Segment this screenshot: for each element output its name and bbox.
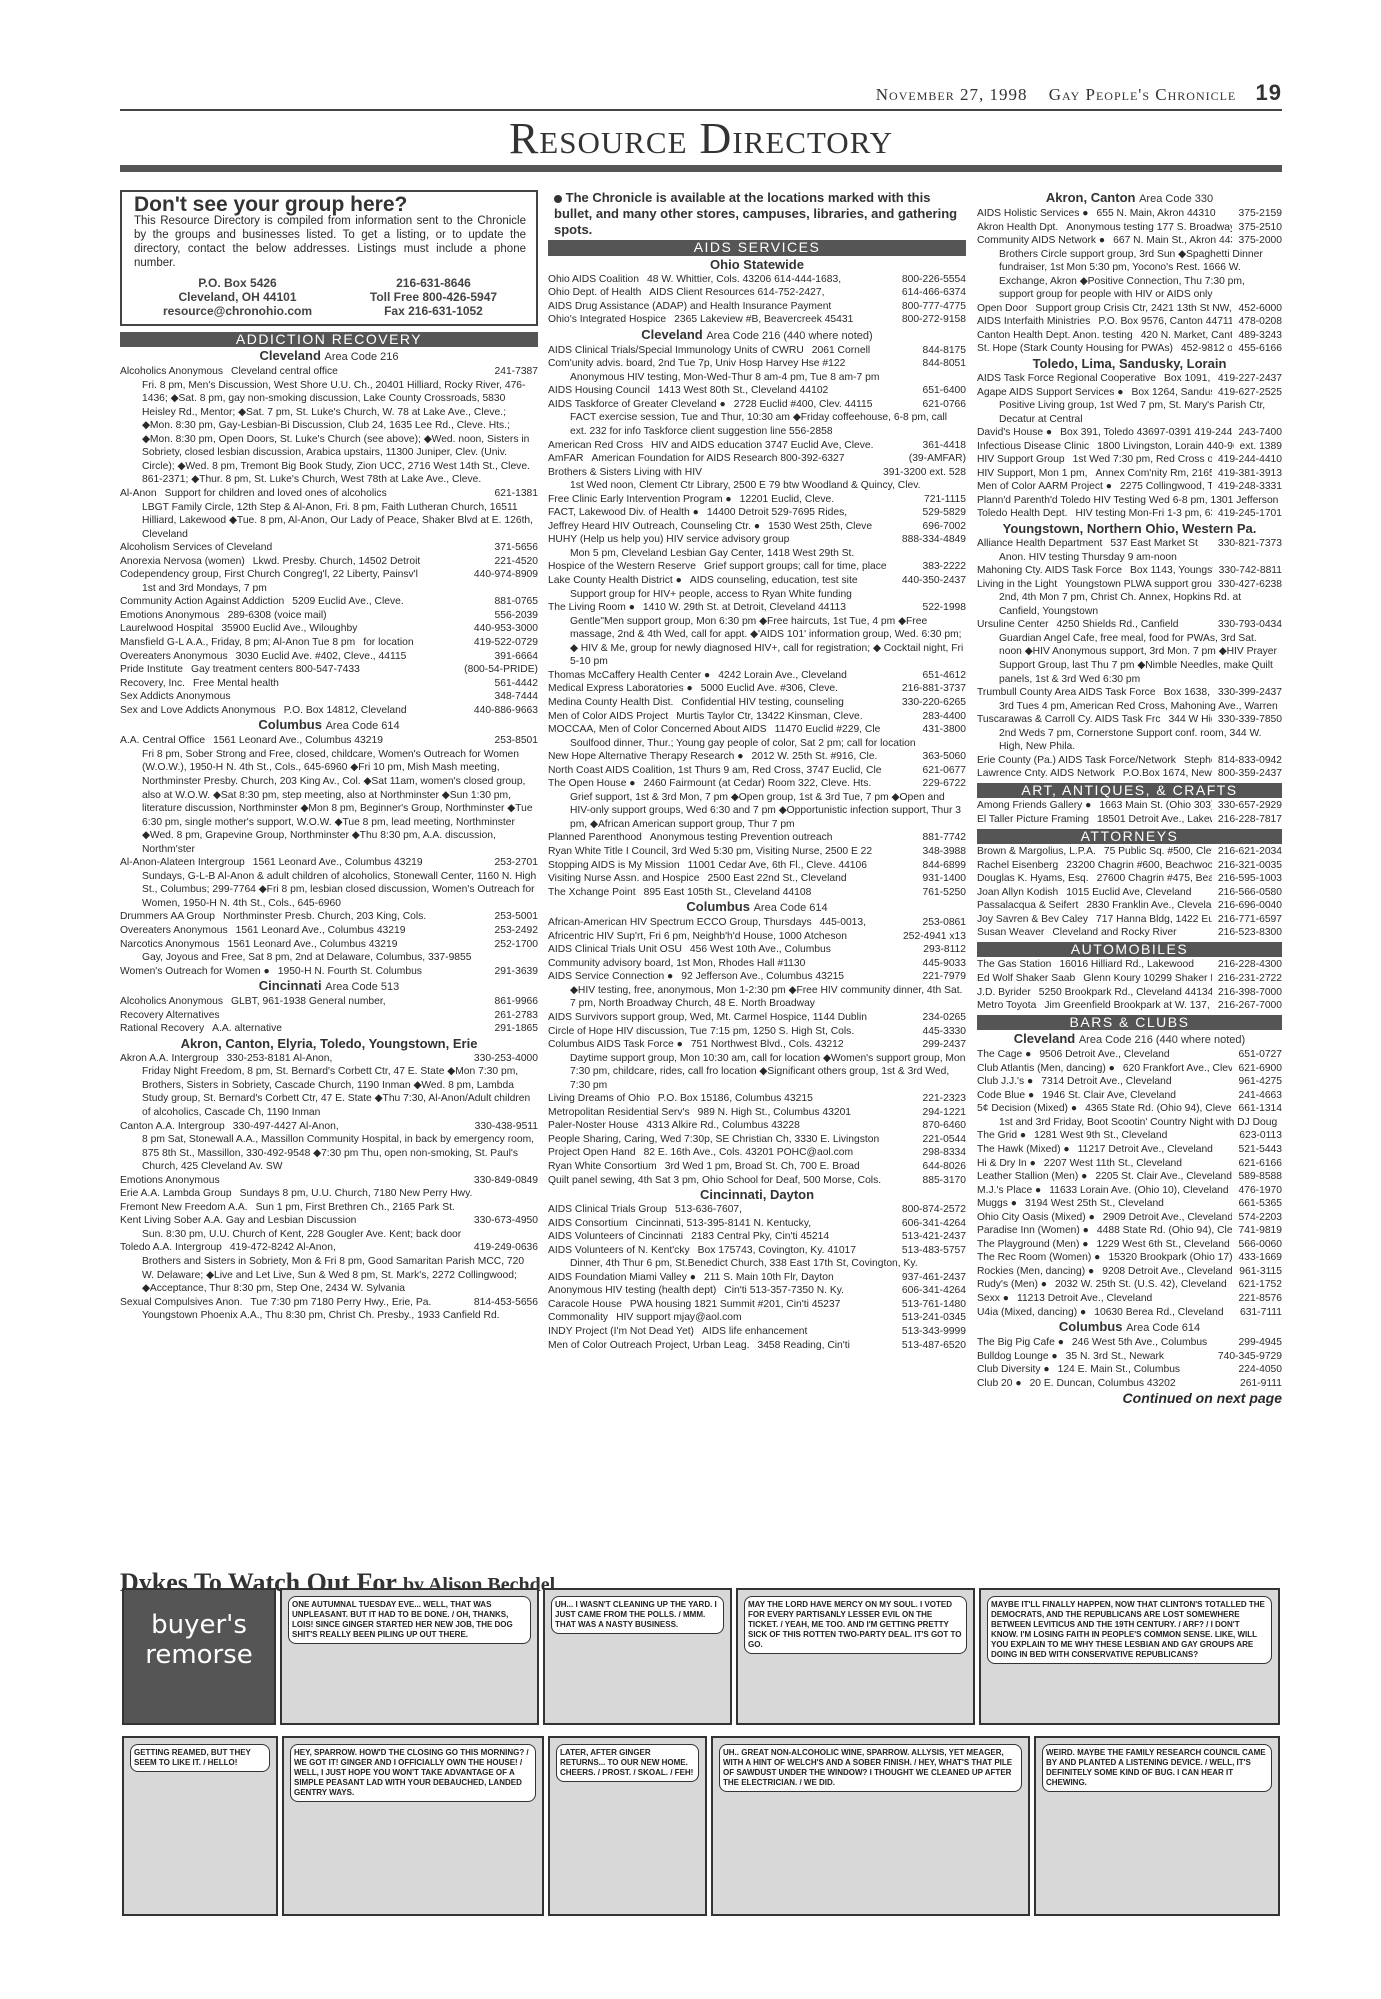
listing-name: 5¢ Decision (Mixed) ● — [977, 1102, 1077, 1116]
listing-phone: 252-4941 x13 — [897, 930, 966, 944]
listing-name: Ryan White Title I Council, 3rd Wed 5:30… — [548, 845, 872, 859]
listing-row: Drummers AA GroupNorthminster Presb. Chu… — [120, 910, 538, 924]
listing-phone: 330-339-7850 — [1212, 713, 1282, 727]
listing-name: Passalacqua & Seifert — [977, 899, 1078, 913]
listing-phone: 651-0727 — [1232, 1048, 1282, 1062]
listing-detail — [872, 845, 916, 859]
listing-detail: Box 391, Toledo 43697-0391 419-244-6682; — [1052, 426, 1232, 440]
listing-phone: 476-1970 — [1232, 1184, 1282, 1198]
listing-note: Support group for HIV+ people, access to… — [548, 588, 966, 602]
listing-phone: 513-483-5757 — [896, 1244, 966, 1258]
listing-name: African-American HIV Spectrum ECCO Group… — [548, 916, 812, 930]
listing-phone: 800-272-9158 — [896, 313, 966, 327]
listing-row: A.A. Central Office1561 Leonard Ave., Co… — [120, 734, 538, 748]
listing-row: Free Clinic Early Intervention Program ●… — [548, 493, 966, 507]
listing-phone: 261-2783 — [488, 1009, 538, 1023]
listing-detail: 1800 Livingston, Lorain 440-960-4000 — [1089, 440, 1233, 454]
masthead: November 27, 1998 Gay People's Chronicle… — [120, 80, 1282, 110]
listing-row: Rachel Eisenberg23200 Chagrin #600, Beac… — [977, 859, 1282, 873]
listing-group: AIDS Holistic Services ●655 N. Main, Akr… — [977, 207, 1282, 356]
listing-name: Joy Savren & Bev Caley — [977, 913, 1088, 927]
top-rule — [120, 109, 1282, 111]
listing-detail: 1950-H N. Fourth St. Columbus — [270, 965, 489, 979]
listing-phone: 844-6899 — [916, 859, 966, 873]
listing-name: Women's Outreach for Women ● — [120, 965, 270, 979]
listing-detail: 10630 Berea Rd., Cleveland — [1086, 1306, 1234, 1320]
listing-row: Club Atlantis (Men, dancing) ●620 Frankf… — [977, 1062, 1282, 1076]
listing-detail: 2207 West 11th St., Cleveland — [1036, 1157, 1233, 1171]
listing-detail — [1278, 494, 1282, 508]
listing-note: Positive Living group, 1st Wed 7 pm, St.… — [977, 399, 1282, 426]
listing-phone: 391-6664 — [488, 650, 538, 664]
listing-detail: GLBT, 961-1938 General number, — [223, 995, 488, 1009]
listing-detail: Cin'ti 513-357-7350 N. Ky. — [716, 1284, 896, 1298]
listing-row: Overeaters Anonymous1561 Leonard Ave., C… — [120, 924, 538, 938]
listing-phone: 383-2222 — [916, 560, 966, 574]
section-banner-bars: BARS & CLUBS — [977, 1015, 1282, 1031]
listing-group: African-American HIV Spectrum ECCO Group… — [548, 916, 966, 1187]
listing-phone: 361-4418 — [916, 439, 966, 453]
listing-row: AIDS Survivors support group, Wed, Mt. C… — [548, 1011, 966, 1025]
listing-row: Among Friends Gallery ●1663 Main St. (Oh… — [977, 799, 1282, 813]
city-heading: Columbus Area Code 614 — [548, 899, 966, 916]
listing-phone: 631-7111 — [1234, 1306, 1282, 1320]
listing-phone: 885-3170 — [916, 1174, 966, 1188]
listing-row: Ryan White Title I Council, 3rd Wed 5:30… — [548, 845, 966, 859]
listing-row: Plann'd Parenth'd Toledo HIV Testing Wed… — [977, 494, 1282, 508]
listing-detail — [867, 1011, 917, 1025]
listing-row: AIDS Volunteers of Cincinnati2183 Centra… — [548, 1230, 966, 1244]
listing-detail: 513-636-7607, — [667, 1203, 896, 1217]
listing-name: The Gas Station — [977, 958, 1051, 972]
listing-phone: 375-2510 — [1232, 221, 1282, 235]
listing-row: People Sharing, Caring, Wed 7:30p, SE Ch… — [548, 1133, 966, 1147]
listing-name: Rachel Eisenberg — [977, 859, 1058, 873]
listing-name: Codependency group, First Church Congreg… — [120, 568, 418, 582]
listing-name: Recovery Alternatives — [120, 1009, 220, 1023]
issue-date: November 27, 1998 — [876, 85, 1028, 104]
listing-row: Alcoholism Services of Cleveland371-5656 — [120, 541, 538, 555]
comic-panel: UH... I WASN'T CLEANING UP THE YARD. I J… — [543, 1588, 732, 1725]
listing-name: Mansfield G-L A.A., Friday, 8 pm; Al-Ano… — [120, 636, 355, 650]
listing-row: Medina County Health Dist.Confidential H… — [548, 696, 966, 710]
listing-name: AIDS Volunteers of N. Kent'cky — [548, 1244, 690, 1258]
listing-note: 2nd, 4th Mon 7 pm, Christ Ch. Annex, Hop… — [977, 591, 1282, 618]
listing-row: Leather Stallion (Men) ●2205 St. Clair A… — [977, 1170, 1282, 1184]
listing-row: Visiting Nurse Assn. and Hospice2500 Eas… — [548, 872, 966, 886]
listing-phone: 283-4400 — [916, 710, 966, 724]
listing-row: Mansfield G-L A.A., Friday, 8 pm; Al-Ano… — [120, 636, 538, 650]
section-banner-attorneys: ATTORNEYS — [977, 829, 1282, 845]
listing-detail: 655 N. Main, Akron 44310 — [1089, 207, 1233, 221]
listing-row: Codependency group, First Church Congreg… — [120, 568, 538, 582]
listing-phone: 419-245-1701 — [1212, 507, 1282, 521]
city-heading: Cincinnati Area Code 513 — [120, 978, 538, 995]
city-heading: Toledo, Lima, Sandusky, Lorain — [977, 356, 1282, 372]
listing-row: Alcoholics AnonymousGLBT, 961-1938 Gener… — [120, 995, 538, 1009]
listing-phone: 556-2039 — [488, 609, 538, 623]
listing-name: HIV Support Group — [977, 453, 1065, 467]
listing-name: Metro Toyota — [977, 999, 1036, 1013]
listing-row: Al-Anon-Alateen Intergroup1561 Leonard A… — [120, 856, 538, 870]
listing-row: Kent Living Sober A.A. Gay and Lesbian D… — [120, 1214, 538, 1228]
listing-note: Sundays, G-L-B Al-Anon & adult children … — [120, 870, 538, 911]
listing-detail: 4313 Alkire Rd., Columbus 43228 — [638, 1119, 916, 1133]
listing-phone: 216-881-3737 — [896, 682, 966, 696]
listing-name: Mahoning Cty. AIDS Task Force — [977, 564, 1122, 578]
listing-row: Caracole HousePWA housing 1821 Summit #2… — [548, 1298, 966, 1312]
listing-name: Club Diversity ● — [977, 1363, 1050, 1377]
listing-row: MOCCAA, Men of Color Concerned About AID… — [548, 723, 966, 737]
listing-detail: 11470 Euclid #229, Cle — [767, 723, 917, 737]
listing-phone: 452-6000 — [1232, 302, 1282, 316]
listing-phone: 216-566-0580 — [1212, 886, 1282, 900]
listing-row: Recovery Alternatives261-2783 — [120, 1009, 538, 1023]
listing-detail: 344 W High, New Phila. — [1160, 713, 1211, 727]
listing-phone: 221-0544 — [916, 1133, 966, 1147]
listing-detail — [220, 1009, 489, 1023]
listing-name: Laurelwood Hospital — [120, 622, 213, 636]
listing-detail: 2365 Lakeview #B, Beavercreek 45431 — [666, 313, 896, 327]
info-box-heading: Don't see your group here? — [134, 198, 526, 212]
listing-detail: 717 Hanna Bldg, 1422 Euclid, Cleve. — [1088, 913, 1212, 927]
listing-name: Infectious Disease Clinic — [977, 440, 1089, 454]
listing-name: AIDS Volunteers of Cincinnati — [548, 1230, 683, 1244]
city-heading: Cleveland Area Code 216 (440 where noted… — [977, 1031, 1282, 1048]
listing-detail: 1561 Leonard Ave., Columbus 43219 — [220, 938, 489, 952]
listing-row: Sex Addicts Anonymous348-7444 — [120, 690, 538, 704]
listing-detail: 1410 W. 29th St. at Detroit, Cleveland 4… — [635, 601, 917, 615]
listing-phone: 445-3330 — [916, 1025, 966, 1039]
listing-row: Sexx ●11213 Detroit Ave., Cleveland221-8… — [977, 1292, 1282, 1306]
listing-name: Overeaters Anonymous — [120, 924, 228, 938]
listing-phone: 651-6400 — [916, 384, 966, 398]
listing-detail: AIDS life enhancement — [694, 1325, 896, 1339]
listing-detail — [220, 1174, 468, 1188]
listing-phone: 455-6166 — [1232, 342, 1282, 356]
listing-name: U4ia (Mixed, dancing) ● — [977, 1306, 1086, 1320]
listing-detail: 1663 Main St. (Ohio 303), Peninsula — [1091, 799, 1211, 813]
listing-row: AIDS Drug Assistance (ADAP) and Health I… — [548, 300, 966, 314]
listing-name: The Xchange Point — [548, 886, 636, 900]
listing-row: Narcotics Anonymous1561 Leonard Ave., Co… — [120, 938, 538, 952]
listing-row: Columbus AIDS Task Force ●751 Northwest … — [548, 1038, 966, 1052]
continued-link[interactable]: Continued on next page — [977, 1392, 1282, 1406]
listing-phone: 614-466-6374 — [896, 286, 966, 300]
listing-row: Rudy's (Men) ●2032 W. 25th St. (U.S. 42)… — [977, 1278, 1282, 1292]
listing-name: AIDS Drug Assistance (ADAP) and Health I… — [548, 300, 831, 314]
listing-group: The Big Pig Cafe ●246 West 5th Ave., Col… — [977, 1336, 1282, 1390]
listing-phone: 253-5001 — [488, 910, 538, 924]
listing-name: American Red Cross — [548, 439, 643, 453]
listing-row: The Hawk (Mixed) ●11217 Detroit Ave., Cl… — [977, 1143, 1282, 1157]
listing-group: Alcoholics AnonymousGLBT, 961-1938 Gener… — [120, 995, 538, 1036]
listing-group: Ohio AIDS Coalition48 W. Whittier, Cols.… — [548, 273, 966, 327]
listing-name: Bulldog Lounge ● — [977, 1350, 1058, 1364]
listing-group: Alliance Health Department537 East Marke… — [977, 537, 1282, 781]
listing-detail: 620 Frankfort Ave., Cleveland — [1115, 1062, 1233, 1076]
listing-name: Circle of Hope HIV discussion, Tue 7:15 … — [548, 1025, 854, 1039]
listing-row: Women's Outreach for Women ●1950-H N. Fo… — [120, 965, 538, 979]
listing-name: Columbus AIDS Task Force ● — [548, 1038, 683, 1052]
listing-row: North Coast AIDS Coalition, 1st Thurs 9 … — [548, 764, 966, 778]
listing-phone: (39-AMFAR) — [903, 452, 966, 466]
listing-row: Anorexia Nervosa (women)Lkwd. Presby. Ch… — [120, 555, 538, 569]
listing-group: Among Friends Gallery ●1663 Main St. (Oh… — [977, 799, 1282, 826]
listing-name: David's House ● — [977, 426, 1052, 440]
listing-detail: Annex Com'nity Rm, 2165 Park, Toledo — [1087, 467, 1211, 481]
listing-note: 1st Wed noon, Clement Ctr Library, 2500 … — [548, 479, 966, 493]
listing-row: Emotions Anonymous330-849-0849 — [120, 1174, 538, 1188]
listing-detail: 11001 Cedar Ave, 6th Fl., Cleve. 44106 — [680, 859, 917, 873]
listing-detail: for location — [355, 636, 468, 650]
listing-name: AIDS Clinical Trials Unit OSU — [548, 943, 682, 957]
listing-phone: 440-953-3000 — [468, 622, 538, 636]
listing-name: Sex and Love Addicts Anonymous — [120, 704, 276, 718]
listing-note: Grief support, 1st & 3rd Mon, 7 pm ◆Open… — [548, 791, 966, 832]
listing-detail: 1946 St. Clair Ave, Cleveland — [1034, 1089, 1232, 1103]
listing-name: Toledo Health Dept. — [977, 507, 1067, 521]
listing-detail: Support group Crisis Ctr, 2421 13th St N… — [1027, 302, 1232, 316]
listing-phone: 721-1115 — [918, 493, 966, 507]
listing-detail — [879, 1133, 916, 1147]
listing-name: Susan Weaver — [977, 926, 1044, 940]
listing-detail: 895 East 105th St., Cleveland 44108 — [636, 886, 917, 900]
listing-row: Joan Allyn Kodish1015 Euclid Ave, Clevel… — [977, 886, 1282, 900]
listing-phone: 330-673-4950 — [468, 1214, 538, 1228]
listing-phone: 375-2000 — [1232, 234, 1282, 248]
listing-row: Men of Color AARM Project ●2275 Collingw… — [977, 480, 1282, 494]
listing-row: Erie County (Pa.) AIDS Task Force/Networ… — [977, 754, 1282, 768]
listing-name: Living in the Light — [977, 578, 1057, 592]
listing-phone: 761-5250 — [916, 886, 966, 900]
listing-detail: 11217 Detroit Ave., Cleveland — [1070, 1143, 1233, 1157]
listing-detail: 211 S. Main 10th Flr, Dayton — [696, 1271, 896, 1285]
listing-name: Commonality — [548, 1311, 608, 1325]
listing-row: Bulldog Lounge ●35 N. 3rd St., Newark740… — [977, 1350, 1282, 1364]
listing-phone: 419-522-0729 — [468, 636, 538, 650]
listing-name: Tuscarawas & Carroll Cy. AIDS Task Frc — [977, 713, 1160, 727]
listing-phone: 330-399-2437 — [1212, 686, 1282, 700]
listing-name: Akron A.A. Intergroup — [120, 1052, 218, 1066]
listing-name: Free Clinic Early Intervention Program ● — [548, 493, 732, 507]
listing-detail: 124 E. Main St., Columbus — [1050, 1363, 1233, 1377]
listing-detail: 82 E. 16th Ave., Cols. 43201 POHC@aol.co… — [636, 1146, 917, 1160]
listing-detail: 3458 Reading, Cin'ti — [749, 1339, 895, 1353]
listing-detail: 12201 Euclid, Cleve. — [732, 493, 918, 507]
comic-panel: GETTING REAMED, BUT THEY SEEM TO LIKE IT… — [122, 1736, 278, 1916]
listing-name: AIDS Consortium — [548, 1217, 628, 1231]
listing-note: Gay, Joyous and Free, Sat 8 pm, 2nd at D… — [120, 951, 538, 965]
listing-phone: 330-253-4000 — [468, 1052, 538, 1066]
listing-row: AIDS Housing Council1413 West 80th St., … — [548, 384, 966, 398]
listing-name: Lake County Health District ● — [548, 574, 682, 588]
listing-row: Club 20 ●20 E. Duncan, Columbus 43202261… — [977, 1377, 1282, 1391]
listing-name: Brothers & Sisters Living with HIV — [548, 466, 702, 480]
listing-detail: Box 175743, Covington, Ky. 41017 — [690, 1244, 896, 1258]
listing-name: Rational Recovery — [120, 1022, 204, 1036]
listing-row: Ohio's Integrated Hospice2365 Lakeview #… — [548, 313, 966, 327]
listing-phone: 888-334-4849 — [896, 533, 966, 547]
listing-name: HUHY (Help us help you) HIV service advi… — [548, 533, 789, 547]
listing-name: Erie County (Pa.) AIDS Task Force/Networ… — [977, 754, 1176, 768]
listing-row: Men of Color AIDS ProjectMurtis Taylor C… — [548, 710, 966, 724]
listing-name: Hi & Dry In ● — [977, 1157, 1036, 1171]
listing-name: Paler-Noster House — [548, 1119, 638, 1133]
listing-phone: 566-0060 — [1232, 1238, 1282, 1252]
listing-row: Community AIDS Network ●667 N. Main St.,… — [977, 234, 1282, 248]
listing-note: 1st and 3rd Friday, Boot Scootin' Countr… — [977, 1116, 1282, 1130]
listing-detail: 289-6308 (voice mail) — [220, 609, 489, 623]
listing-phone: 229-6722 — [916, 777, 966, 791]
listing-phone: 253-8501 — [488, 734, 538, 748]
listing-row: Mahoning Cty. AIDS Task ForceBox 1143, Y… — [977, 564, 1282, 578]
listing-detail: HIV testing Mon-Fri 1-3 pm, 635 N. Erie … — [1067, 507, 1211, 521]
listing-phone: 330-427-6238 — [1212, 578, 1282, 592]
listing-name: FACT, Lakewood Div. of Health ● — [548, 506, 699, 520]
listing-name: HIV Support, Mon 1 pm, — [977, 467, 1087, 481]
listing-row: Ohio Dept. of HealthAIDS Client Resource… — [548, 286, 966, 300]
listing-name: The Cage ● — [977, 1048, 1031, 1062]
listing-name: Alcoholism Services of Cleveland — [120, 541, 272, 555]
listing-detail: 27600 Chagrin #475, Beachwood — [1089, 872, 1212, 886]
listing-detail: 1530 West 25th, Cleve — [760, 520, 916, 534]
listing-name: INDY Project (I'm Not Dead Yet) — [548, 1325, 694, 1339]
listing-phone: 419-227-2437 — [1212, 372, 1282, 386]
listing-name: The Big Pig Cafe ● — [977, 1336, 1064, 1350]
listing-phone: 224-4050 — [1232, 1363, 1282, 1377]
listing-row: The Open House ●2460 Fairmount (at Cedar… — [548, 777, 966, 791]
listing-detail: Box 1143, Youngstown 44501 — [1122, 564, 1213, 578]
listing-row: HIV Support Group1st Wed 7:30 pm, Red Cr… — [977, 453, 1282, 467]
listing-row: AIDS Taskforce of Greater Cleveland ●272… — [548, 398, 966, 412]
listing-row: Canton Health Dept. Anon. testing420 N. … — [977, 329, 1282, 343]
listing-detail — [702, 466, 877, 480]
listing-name: Club J.J.'s ● — [977, 1075, 1033, 1089]
listing-detail: 2460 Fairmount (at Cedar) Room 322, Clev… — [636, 777, 917, 791]
listing-group: AIDS Clinical Trials/Special Immunology … — [548, 344, 966, 899]
listing-detail: 5250 Brookpark Rd., Cleveland 44134 — [1031, 986, 1212, 1000]
listing-name: The Rec Room (Women) ● — [977, 1251, 1100, 1265]
listing-detail: 2275 Collingwood, Toledo — [1112, 480, 1212, 494]
listing-row: Akron Health Dpt.Anonymous testing 177 S… — [977, 221, 1282, 235]
listing-name: Douglas K. Hyams, Esq. — [977, 872, 1089, 886]
listing-phone: 574-2203 — [1232, 1211, 1282, 1225]
listing-detail: 92 Jefferson Ave., Columbus 43215 — [673, 970, 916, 984]
section-banner-automobiles: AUTOMOBILES — [977, 942, 1282, 958]
comic-panel: WEIRD. MAYBE THE FAMILY RESEARCH COUNCIL… — [1034, 1736, 1280, 1916]
listing-row: Quilt panel sewing, 4th Sat 3 pm, Ohio S… — [548, 1174, 966, 1188]
listing-name: Sex Addicts Anonymous — [120, 690, 230, 704]
listing-row: Lake County Health District ●AIDS counse… — [548, 574, 966, 588]
listing-phone: 814-453-5656 — [468, 1296, 538, 1310]
listing-row: Sexual Compulsives Anon.Tue 7:30 pm 7180… — [120, 1296, 538, 1310]
listing-name: AIDS Foundation Miami Valley ● — [548, 1271, 696, 1285]
listing-detail — [881, 1174, 916, 1188]
listing-phone: 513-241-0345 — [896, 1311, 966, 1325]
listing-phone: 870-6460 — [916, 1119, 966, 1133]
city-heading: Columbus Area Code 614 — [120, 717, 538, 734]
listing-row: The Xchange Point895 East 105th St., Cle… — [548, 886, 966, 900]
listing-detail — [845, 357, 916, 371]
listing-detail: Box 1264, Sandusky 44871 — [1123, 386, 1211, 400]
listing-detail: Cleveland central office — [223, 365, 488, 379]
listing-phone: 419-627-2525 — [1212, 386, 1282, 400]
listing-detail: 1561 Leonard Ave., Columbus 43219 — [205, 734, 488, 748]
listing-name: Thomas McCaffery Health Center ● — [548, 669, 710, 683]
listing-name: El Taller Picture Framing — [977, 813, 1089, 827]
listing-detail: 330-497-4427 Al-Anon, — [225, 1120, 469, 1134]
listing-detail — [805, 957, 916, 971]
listing-name: Overeaters Anonymous — [120, 650, 228, 664]
listing-note: Daytime support group, Mon 10:30 am, cal… — [548, 1052, 966, 1093]
listing-group: AIDS Task Force Regional CooperativeBox … — [977, 372, 1282, 521]
listing-note: 3rd Tues 4 pm, American Red Cross, Mahon… — [977, 700, 1282, 714]
listing-note: Youngstown Phoenix A.A., Thu 8:30 pm, Ch… — [120, 1309, 538, 1323]
listing-name: Medina County Health Dist. — [548, 696, 673, 710]
listing-row: Ed Wolf Shaker SaabGlenn Koury 10299 Sha… — [977, 972, 1282, 986]
listing-name: Com'unity advis. board, 2nd Tue 7p, Univ… — [548, 357, 845, 371]
listing-phone: 440-350-2437 — [896, 574, 966, 588]
listing-name: Among Friends Gallery ● — [977, 799, 1091, 813]
listing-name: Emotions Anonymous — [120, 1174, 220, 1188]
comic-panel: MAYBE IT'LL FINALLY HAPPEN, NOW THAT CLI… — [979, 1588, 1280, 1725]
listing-group: A.A. Central Office1561 Leonard Ave., Co… — [120, 734, 538, 978]
listing-row: M.J.'s Place ●11633 Lorain Ave. (Ohio 10… — [977, 1184, 1282, 1198]
listing-name: Al-Anon — [120, 487, 157, 501]
listing-name: Joan Allyn Kodish — [977, 886, 1058, 900]
listing-detail: Stephen Brockwell — [1176, 754, 1212, 768]
city-heading: Cleveland Area Code 216 — [120, 348, 538, 365]
listing-detail: 3030 Euclid Ave. #402, Cleve., 44115 — [228, 650, 489, 664]
email-link[interactable]: resource@chronohio.com — [163, 304, 312, 318]
listing-detail: 23200 Chagrin #600, Beachwood — [1058, 859, 1212, 873]
listing-note: Soulfood dinner, Thur.; Young gay people… — [548, 737, 966, 751]
listing-detail: 9506 Detroit Ave., Cleveland — [1031, 1048, 1232, 1062]
listing-detail: 246 West 5th Ave., Columbus — [1064, 1336, 1233, 1350]
listing-row: Project Open Hand82 E. 16th Ave., Cols. … — [548, 1146, 966, 1160]
listing-name: Ursuline Center — [977, 618, 1049, 632]
listing-name: Ohio Dept. of Health — [548, 286, 641, 300]
listing-phone: 293-8112 — [917, 943, 966, 957]
listing-note: 8 pm Sat, Stonewall A.A., Massillon Comm… — [120, 1133, 538, 1174]
listing-phone: 298-8334 — [916, 1146, 966, 1160]
listing-note: 1st and 3rd Mondays, 7 pm — [120, 582, 538, 596]
listing-phone: 299-4945 — [1232, 1336, 1282, 1350]
listing-phone: 844-8051 — [916, 357, 966, 371]
listing-name: Community advisory board, 1st Mon, Rhode… — [548, 957, 805, 971]
listing-row: Hospice of the Western ReserveGrief supp… — [548, 560, 966, 574]
page-number: 19 — [1256, 80, 1282, 105]
listing-name: AIDS Clinical Trials Group — [548, 1203, 667, 1217]
listing-name: The Living Room ● — [548, 601, 635, 615]
listing-name: Rockies (Men, dancing) ● — [977, 1265, 1094, 1279]
listing-group: Brown & Margolius, L.P.A.75 Public Sq. #… — [977, 845, 1282, 940]
listing-name: North Coast AIDS Coalition, 1st Thurs 9 … — [548, 764, 881, 778]
listing-row: Toledo Health Dept.HIV testing Mon-Fri 1… — [977, 507, 1282, 521]
listing-detail: 7314 Detroit Ave., Cleveland — [1033, 1075, 1232, 1089]
listing-name: Men of Color AIDS Project — [548, 710, 668, 724]
listing-name: Living Dreams of Ohio — [548, 1092, 650, 1106]
listing-phone: 440-974-8909 — [468, 568, 538, 582]
listing-phone: 621-1752 — [1232, 1278, 1282, 1292]
listing-phone: 291-3639 — [488, 965, 538, 979]
listing-phone: 741-9819 — [1232, 1224, 1282, 1238]
listing-row: Muggs ●3194 West 25th St., Cleveland661-… — [977, 1197, 1282, 1211]
listing-phone: 253-2492 — [488, 924, 538, 938]
listing-detail: 1561 Leonard Ave., Columbus 43219 — [245, 856, 489, 870]
listing-row: The Living Room ●1410 W. 29th St. at Det… — [548, 601, 966, 615]
